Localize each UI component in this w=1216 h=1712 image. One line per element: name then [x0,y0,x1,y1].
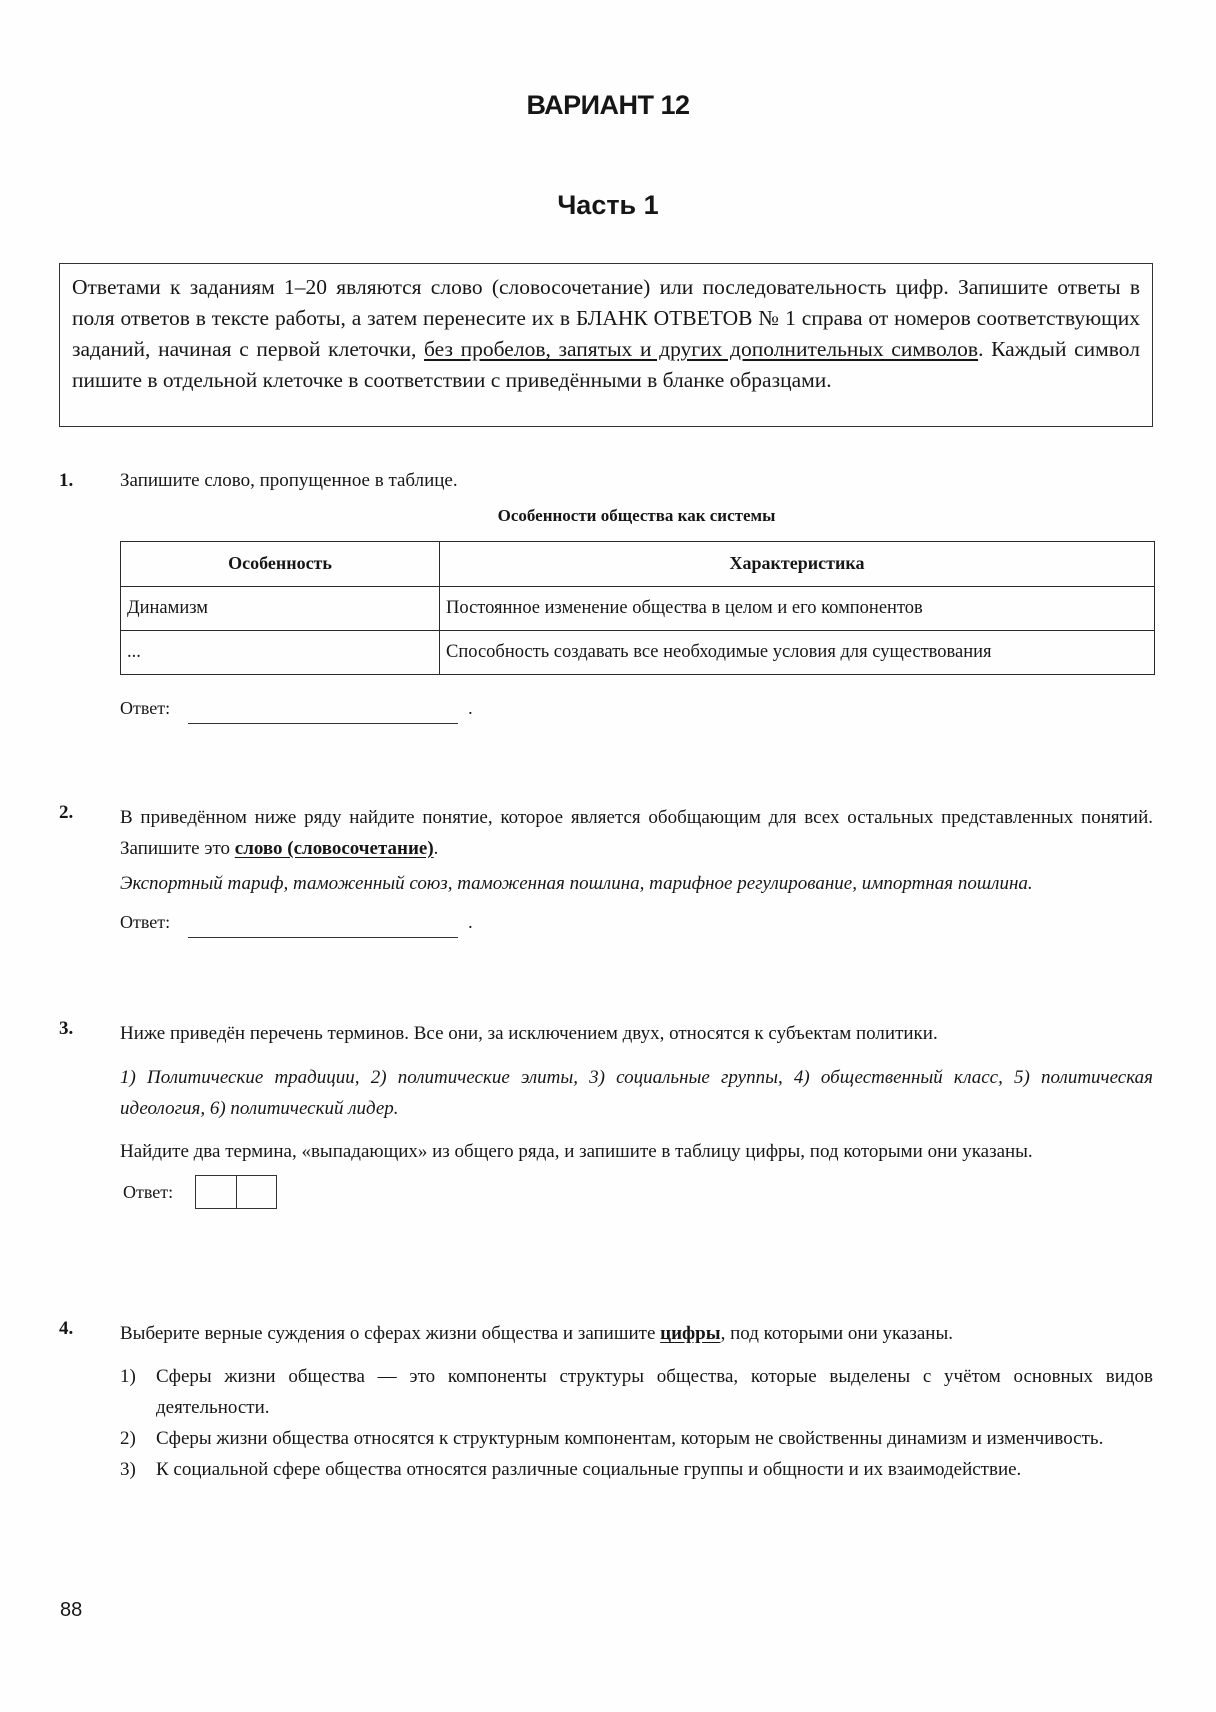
prompt-emphasis: слово (словосочетание) [235,838,434,859]
answer-cells [195,1175,277,1209]
task-prompt: Ниже приведён перечень терминов. Все они… [120,1018,1153,1049]
task-prompt: Запишите слово, пропущенное в таблице. [120,470,1153,492]
task-number: 3. [59,1018,73,1040]
answer-label: Ответ: [120,693,170,724]
option-text: К социальной сфере общества относятся ра… [156,1454,1153,1485]
prompt-emphasis: цифры [660,1323,720,1344]
option-item: 2) Сферы жизни общества относятся к стру… [120,1423,1153,1454]
option-item: 3) К социальной сфере общества относятся… [120,1454,1153,1485]
table-cell: Динамизм [121,587,440,631]
column-header: Особенность [121,542,440,587]
task-items: Экспортный тариф, таможенный союз, тамож… [120,868,1153,899]
option-number: 3) [120,1454,156,1485]
instructions-box: Ответами к заданиям 1–20 являются слово … [59,263,1153,427]
variant-title: ВАРИАНТ 12 [0,90,1216,121]
option-number: 2) [120,1423,156,1454]
table-header-row: Особенность Характеристика [121,542,1155,587]
task-items: 1) Политические традиции, 2) политически… [120,1062,1153,1124]
prompt-end: , под которыми они указаны. [721,1323,953,1344]
answer-field[interactable] [188,701,458,724]
part-title: Часть 1 [0,190,1216,221]
task-number: 4. [59,1318,73,1340]
option-item: 1) Сферы жизни общества — это компоненты… [120,1361,1153,1423]
table-cell: Постоянное изменение общества в целом и … [440,587,1155,631]
answer-cell[interactable] [196,1176,236,1208]
prompt-end: . [434,838,439,859]
option-text: Сферы жизни общества — это компоненты ст… [156,1361,1153,1423]
table-row: ... Способность создавать все необходимы… [121,631,1155,675]
answer-field[interactable] [188,915,458,938]
answer-row: Ответ: . [120,907,1153,938]
answer-label: Ответ: [123,1177,173,1208]
task-4: 4. Выберите верные суждения о сферах жиз… [59,1318,1153,1485]
option-number: 1) [120,1361,156,1423]
answer-suffix: . [468,693,473,724]
answer-row: Ответ: . [120,693,1153,724]
page-number: 88 [60,1599,82,1622]
task-1: 1. Запишите слово, пропущенное в таблице… [59,470,1153,724]
column-header: Характеристика [440,542,1155,587]
task-instruction: Найдите два термина, «выпадающих» из общ… [120,1136,1153,1167]
features-table: Особенность Характеристика Динамизм Пост… [120,541,1155,675]
task-3: 3. Ниже приведён перечень терминов. Все … [59,1018,1153,1209]
task-number: 1. [59,470,73,492]
task-2: 2. В приведённом ниже ряду найдите понят… [59,802,1153,938]
instructions-underlined: без пробелов, запятых и других дополните… [424,337,978,361]
table-caption: Особенности общества как системы [59,500,1214,531]
task-prompt: В приведённом ниже ряду найдите понятие,… [120,802,1153,864]
answer-row: Ответ: [120,1175,1153,1209]
table-row: Динамизм Постоянное изменение общества в… [121,587,1155,631]
answer-label: Ответ: [120,907,170,938]
answer-cell[interactable] [236,1176,276,1208]
task-prompt: Выберите верные суждения о сферах жизни … [120,1318,1153,1349]
task-number: 2. [59,802,73,824]
table-cell: Способность создавать все необходимые ус… [440,631,1155,675]
option-text: Сферы жизни общества относятся к структу… [156,1423,1153,1454]
answer-suffix: . [468,907,473,938]
prompt-text: Выберите верные суждения о сферах жизни … [120,1323,660,1344]
options-list: 1) Сферы жизни общества — это компоненты… [120,1361,1153,1485]
table-cell-missing: ... [121,631,440,675]
